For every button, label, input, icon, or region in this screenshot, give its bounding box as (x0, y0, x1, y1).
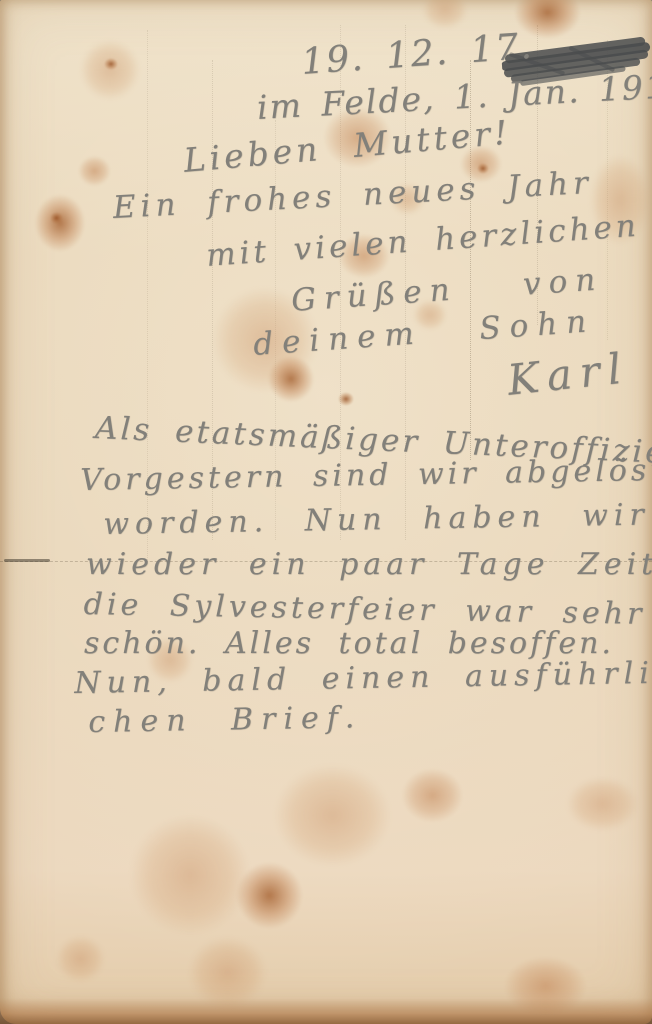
stain-mark (390, 758, 475, 833)
body-line: wieder ein paar Tage Zeit, (86, 547, 652, 582)
stain-mark (175, 925, 280, 1020)
stain-mark (555, 768, 650, 840)
stain-mark (255, 748, 410, 883)
stain-mark (24, 182, 96, 264)
stain-mark (338, 392, 354, 406)
body-line: schön. Alles total besoffen. (84, 626, 614, 661)
stain-mark (488, 945, 603, 1024)
stain-mark (50, 212, 63, 224)
postcard-back: 19. 12. 17. im Felde, 1. Jan. 1918. Lieb… (0, 0, 652, 1024)
stain-mark (70, 30, 150, 110)
fold-crease-mark (4, 559, 50, 562)
stain-mark (48, 928, 113, 990)
stain-mark (222, 848, 317, 943)
bottom-edge-smear (0, 998, 652, 1024)
body-line: worden. Nun haben wir (103, 497, 650, 542)
stain-mark (72, 150, 117, 192)
stain-mark (110, 795, 270, 955)
photo-frame: 19. 12. 17. im Felde, 1. Jan. 1918. Lieb… (0, 0, 652, 1024)
body-line: Vorgestern sind wir abgelöst (80, 453, 652, 498)
stain-mark (104, 58, 118, 70)
body-line: chen Brief. (88, 700, 363, 740)
signature: Karl (505, 343, 631, 404)
salutation-line: Lieben Mutter! (182, 112, 513, 179)
body-line: Nun, bald einen ausführli- (74, 656, 652, 701)
